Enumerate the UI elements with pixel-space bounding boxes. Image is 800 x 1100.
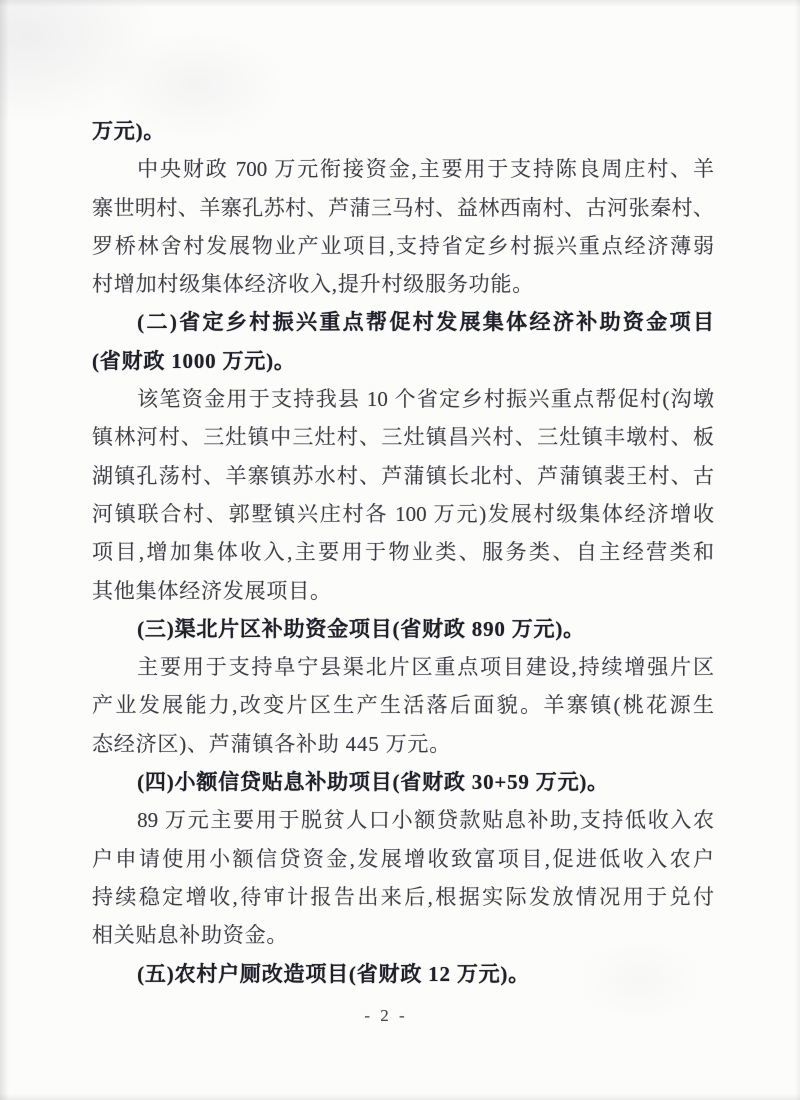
heading-tail: 万元)。 bbox=[92, 112, 714, 150]
paragraph-line: 产业发展能力,改变片区生产生活落后面貌。羊寨镇(桃花源生 bbox=[92, 686, 714, 724]
paragraph-line: 户申请使用小额信贷资金,发展增收致富项目,促进低收入农户 bbox=[92, 840, 714, 878]
paragraph-line: 该笔资金用于支持我县 10 个省定乡村振兴重点帮促村(沟墩 bbox=[92, 380, 714, 418]
paragraph-line: 罗桥林舍村发展物业产业项目,支持省定乡村振兴重点经济薄弱 bbox=[92, 227, 714, 265]
section-heading-2: (二)省定乡村振兴重点帮促村发展集体经济补助资金项目 bbox=[92, 303, 714, 341]
paragraph-line: 寨世明村、羊寨孔苏村、芦蒲三马村、益林西南村、古河张秦村、 bbox=[92, 189, 714, 227]
paragraph-line: 河镇联合村、郭墅镇兴庄村各 100 万元)发展村级集体经济增收 bbox=[92, 495, 714, 533]
section-heading-5: (五)农村户厕改造项目(省财政 12 万元)。 bbox=[92, 955, 714, 993]
paragraph-line: 89 万元主要用于脱贫人口小额贷款贴息补助,支持低收入农 bbox=[92, 801, 714, 839]
section-heading-4: (四)小额信贷贴息补助项目(省财政 30+59 万元)。 bbox=[92, 763, 714, 801]
paragraph-line: 主要用于支持阜宁县渠北片区重点项目建设,持续增强片区 bbox=[92, 648, 714, 686]
paragraph-line: 村增加村级集体经济收入,提升村级服务功能。 bbox=[92, 265, 714, 303]
section-heading-3: (三)渠北片区补助资金项目(省财政 890 万元)。 bbox=[92, 610, 714, 648]
section-heading-2-tail: (省财政 1000 万元)。 bbox=[92, 342, 714, 380]
page-number: - 2 - bbox=[0, 1006, 786, 1026]
paragraph-line: 中央财政 700 万元衔接资金,主要用于支持陈良周庄村、羊 bbox=[92, 150, 714, 188]
document-body: 万元)。 中央财政 700 万元衔接资金,主要用于支持陈良周庄村、羊 寨世明村、… bbox=[92, 112, 714, 993]
paragraph-line: 相关贴息补助资金。 bbox=[92, 916, 714, 954]
paragraph-line: 其他集体经济发展项目。 bbox=[92, 572, 714, 610]
paragraph-line: 态经济区)、芦蒲镇各补助 445 万元。 bbox=[92, 725, 714, 763]
paragraph-line: 湖镇孔荡村、羊寨镇苏水村、芦蒲镇长北村、芦蒲镇裴王村、古 bbox=[92, 457, 714, 495]
paragraph-line: 持续稳定增收,待审计报告出来后,根据实际发放情况用于兑付 bbox=[92, 878, 714, 916]
paragraph-line: 项目,增加集体收入,主要用于物业类、服务类、自主经营类和 bbox=[92, 533, 714, 571]
paragraph-line: 镇林河村、三灶镇中三灶村、三灶镇昌兴村、三灶镇丰墩村、板 bbox=[92, 418, 714, 456]
scanned-document-page: 万元)。 中央财政 700 万元衔接资金,主要用于支持陈良周庄村、羊 寨世明村、… bbox=[0, 0, 800, 1100]
